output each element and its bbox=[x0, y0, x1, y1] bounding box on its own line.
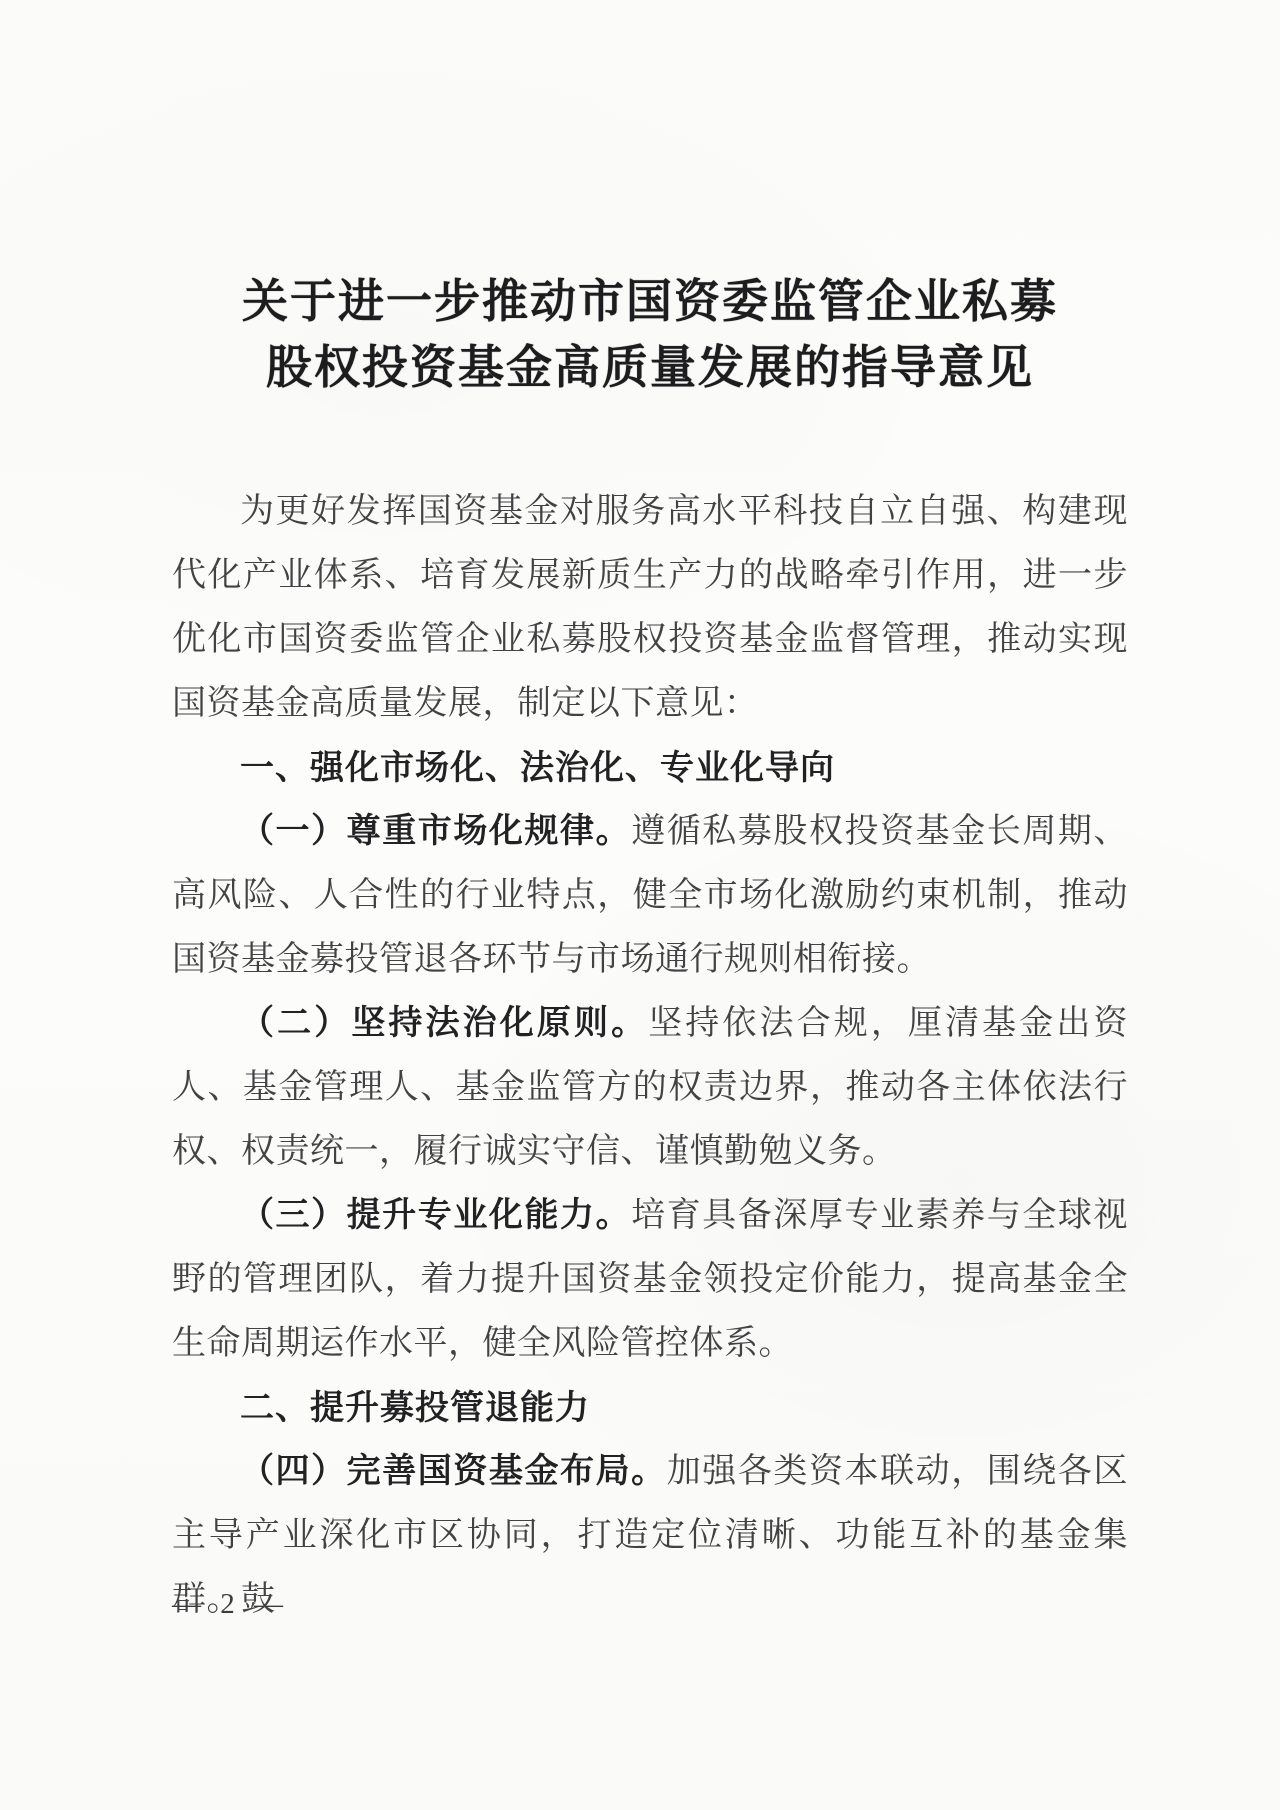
document-content: 关于进一步推动市国资委监管企业私募 股权投资基金高质量发展的指导意见 为更好发挥… bbox=[172, 268, 1128, 1632]
paragraph-lead-bold: （三）提升专业化能力。 bbox=[240, 1197, 631, 1234]
paragraph: 为更好发挥国资基金对服务高水平科技自立自强、构建现代化产业体系、培育发展新质生产… bbox=[172, 480, 1128, 736]
document-page: 关于进一步推动市国资委监管企业私募 股权投资基金高质量发展的指导意见 为更好发挥… bbox=[0, 0, 1280, 1810]
document-body: 为更好发挥国资基金对服务高水平科技自立自强、构建现代化产业体系、培育发展新质生产… bbox=[172, 480, 1128, 1632]
paragraph: （四）完善国资基金布局。加强各类资本联动，围绕各区主导产业深化市区协同，打造定位… bbox=[172, 1440, 1128, 1632]
paragraph-lead-bold: （四）完善国资基金布局。 bbox=[240, 1453, 667, 1490]
section-heading: 二、提升募投管退能力 bbox=[172, 1376, 1128, 1440]
paragraph: （二）坚持法治化原则。坚持依法合规，厘清基金出资人、基金管理人、基金监管方的权责… bbox=[172, 992, 1128, 1184]
paragraph-lead-bold: 一、强化市场化、法治化、专业化导向 bbox=[240, 749, 835, 787]
section-heading: 一、强化市场化、法治化、专业化导向 bbox=[172, 736, 1128, 800]
paragraph-text: 为更好发挥国资基金对服务高水平科技自立自强、构建现代化产业体系、培育发展新质生产… bbox=[172, 493, 1128, 722]
document-title: 关于进一步推动市国资委监管企业私募 股权投资基金高质量发展的指导意见 bbox=[172, 268, 1128, 400]
document-title-line-1: 关于进一步推动市国资委监管企业私募 bbox=[172, 268, 1128, 334]
page-number: — 2 — bbox=[172, 1588, 289, 1621]
paragraph: （一）尊重市场化规律。遵循私募股权投资基金长周期、高风险、人合性的行业特点，健全… bbox=[172, 800, 1128, 992]
paragraph-lead-bold: （一）尊重市场化规律。 bbox=[240, 813, 631, 850]
paragraph-lead-bold: （二）坚持法治化原则。 bbox=[240, 1005, 648, 1042]
paragraph-lead-bold: 二、提升募投管退能力 bbox=[240, 1389, 590, 1427]
document-title-line-2: 股权投资基金高质量发展的指导意见 bbox=[172, 334, 1128, 400]
paragraph: （三）提升专业化能力。培育具备深厚专业素养与全球视野的管理团队，着力提升国资基金… bbox=[172, 1184, 1128, 1376]
